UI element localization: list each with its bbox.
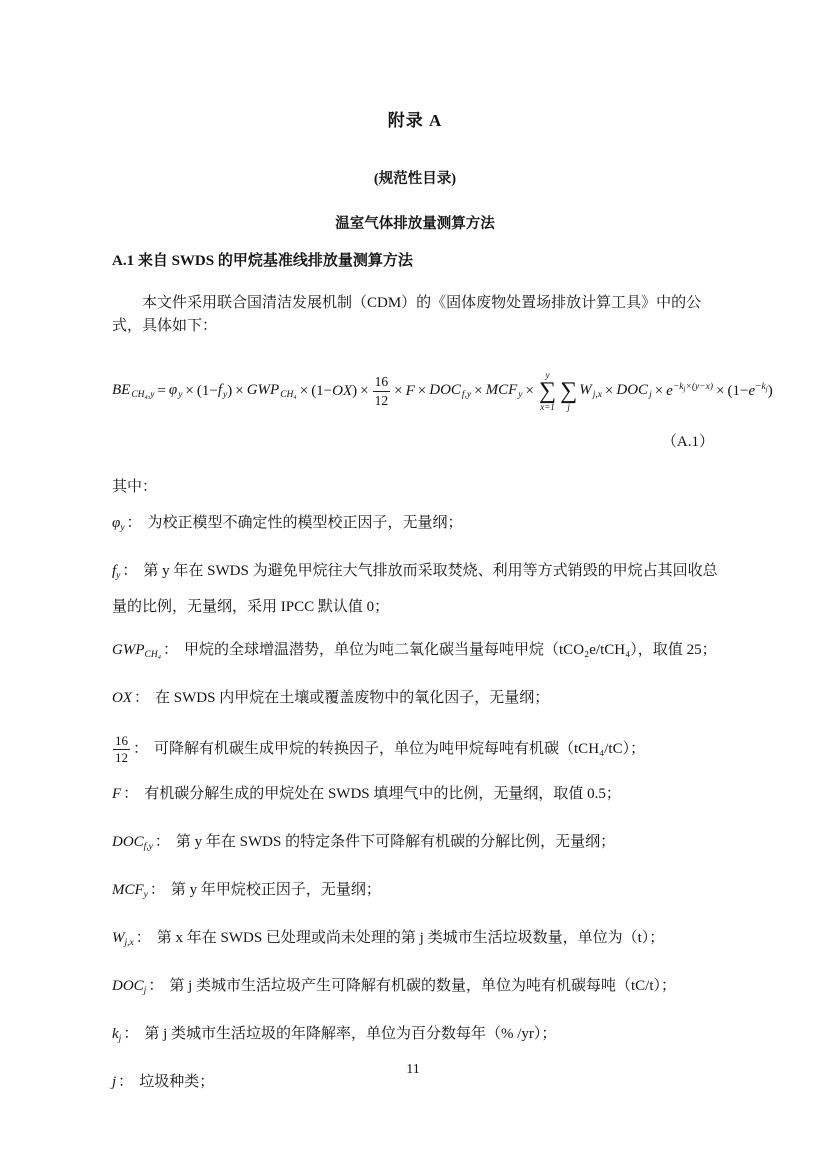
symbol-f-upper: F bbox=[112, 786, 121, 802]
definition-colon: ： bbox=[148, 978, 163, 994]
fraction-denominator: 12 bbox=[115, 750, 128, 765]
var-doc-j-sub: j bbox=[649, 390, 652, 400]
section-heading: A.1 来自 SWDS 的甲烷基准线排放量测算方法 bbox=[112, 249, 718, 270]
var-ox: OX bbox=[332, 383, 352, 400]
symbol-phi-y: φy bbox=[112, 515, 125, 531]
operator-times: × bbox=[394, 383, 402, 400]
symbol-main: F bbox=[112, 786, 121, 802]
definition-text: 甲烷的全球增温潜势，单位为吨二氧化碳当量每吨甲烷（tCO₂e/tCH₄），取值 … bbox=[184, 642, 717, 658]
symbol-doc-j: DOCj bbox=[112, 978, 146, 994]
var-doc-j: DOCj bbox=[616, 382, 651, 400]
equation-number: （A.1） bbox=[112, 430, 714, 451]
where-label: 其中： bbox=[112, 475, 718, 496]
symbol-sub: y bbox=[120, 523, 124, 533]
symbol-16-12: 1612 bbox=[112, 741, 131, 757]
fraction-denominator: 12 bbox=[375, 392, 389, 409]
var-w-main: W bbox=[579, 382, 592, 398]
exp-term-2-sup: −kj bbox=[755, 382, 768, 392]
definition-colon: ： bbox=[123, 786, 138, 802]
definition-text: 第 j 类城市生活垃圾的年降解率，单位为百分数每年（% /yr）； bbox=[144, 1026, 556, 1042]
summation-j-lower: j bbox=[567, 402, 570, 412]
var-be-sub: CH₄,y bbox=[131, 390, 154, 400]
definition-ox: OX：在 SWDS 内甲烷在土壤或覆盖废物中的氧化因子，无量纲； bbox=[112, 683, 718, 719]
page-number: 11 bbox=[0, 1062, 826, 1078]
symbol-w-jx: Wj,x bbox=[112, 930, 134, 946]
definition-text: 可降解有机碳生成甲烷的转换因子，单位为吨甲烷每吨有机碳（tCH₄/tC）； bbox=[154, 741, 645, 757]
operator-times: × bbox=[185, 383, 193, 400]
symbol-sub: CH₄ bbox=[145, 650, 162, 660]
var-f-main: f bbox=[218, 382, 222, 398]
operator-times: × bbox=[655, 383, 663, 400]
definition-k-j: kj：第 j 类城市生活垃圾的年降解率，单位为百分数每年（% /yr）； bbox=[112, 1019, 718, 1055]
symbol-ox: OX bbox=[112, 690, 132, 706]
open-one-minus: (1− bbox=[728, 383, 749, 400]
exp-term-1: e−kj×(y−x) bbox=[666, 382, 713, 400]
open-one-minus: (1− bbox=[197, 383, 218, 400]
symbol-f-y: fy bbox=[112, 563, 120, 579]
var-be-main: BE bbox=[112, 382, 130, 398]
var-phi: φy bbox=[169, 382, 183, 400]
definition-colon: ： bbox=[163, 642, 178, 658]
var-w: Wj,x bbox=[579, 382, 602, 400]
fraction-16-12: 1612 bbox=[113, 734, 130, 766]
var-f: fy bbox=[218, 382, 227, 400]
summation-j: ∑j bbox=[560, 370, 577, 412]
symbol-main: GWP bbox=[112, 642, 145, 658]
exp-coef: −k bbox=[673, 382, 684, 392]
symbol-sub: f,y bbox=[144, 842, 153, 852]
definition-text: 第 y 年甲烷校正因子，无量纲； bbox=[171, 882, 381, 898]
operator-times: × bbox=[235, 383, 243, 400]
fraction-numerator: 16 bbox=[113, 734, 130, 750]
symbol-main: OX bbox=[112, 690, 132, 706]
definition-text: 在 SWDS 内甲烷在土壤或覆盖废物中的氧化因子，无量纲； bbox=[155, 690, 549, 706]
definition-text: 为校正模型不确定性的模型校正因子，无量纲； bbox=[148, 515, 463, 531]
definition-colon: ： bbox=[155, 834, 170, 850]
definition-text: 第 j 类城市生活垃圾产生可降解有机碳的数量，单位为吨有机碳每吨（tC/t）； bbox=[169, 978, 676, 994]
symbol-sub: y bbox=[144, 890, 148, 900]
var-e-main: e bbox=[666, 383, 673, 399]
var-gwp-sub: CH₄ bbox=[280, 390, 297, 400]
symbol-sub: j bbox=[144, 986, 147, 996]
definition-colon: ： bbox=[122, 563, 137, 579]
var-gwp-main: GWP bbox=[247, 382, 280, 398]
definition-colon: ： bbox=[150, 882, 165, 898]
definition-f-y: fy：第 y 年在 SWDS 为避免甲烷往大气排放而采取焚烧、利用等方式销毁的甲… bbox=[112, 556, 718, 623]
page-content: 附录 A (规范性目录) 温室气体排放量测算方法 A.1 来自 SWDS 的甲烷… bbox=[0, 0, 826, 1103]
operator-times: × bbox=[526, 383, 534, 400]
definition-text: 第 y 年在 SWDS 为避免甲烷往大气排放而采取焚烧、利用等方式销毁的甲烷占其… bbox=[112, 563, 718, 615]
var-mcf: MCFy bbox=[486, 382, 523, 400]
definition-text: 有机碳分解生成的甲烷处在 SWDS 填埋气中的比例，无量纲，取值 0.5； bbox=[144, 786, 621, 802]
operator-equals: = bbox=[157, 383, 165, 400]
var-mcf-sub: y bbox=[518, 390, 522, 400]
close-paren: ) bbox=[352, 383, 357, 400]
var-gwp: GWPCH₄ bbox=[247, 382, 297, 400]
appendix-title: 附录 A bbox=[112, 106, 718, 131]
symbol-sub: j,x bbox=[125, 938, 134, 948]
symbol-main: W bbox=[112, 930, 125, 946]
close-paren: ) bbox=[227, 383, 232, 400]
definition-colon: ： bbox=[127, 515, 142, 531]
definition-doc-fy: DOCf,y：第 y 年在 SWDS 的特定条件下可降解有机碳的分解比例，无量纲… bbox=[112, 827, 718, 863]
var-mcf-main: MCF bbox=[486, 382, 518, 398]
var-doc-fy: DOCf,y bbox=[429, 382, 471, 400]
fraction-numerator: 16 bbox=[373, 374, 391, 392]
var-doc-fy-main: DOC bbox=[429, 382, 461, 398]
symbol-sub: y bbox=[116, 571, 120, 581]
symbol-main: k bbox=[112, 1026, 119, 1042]
exp-term-1-sup: −kj×(y−x) bbox=[673, 382, 713, 392]
definition-16-12: 1612：可降解有机碳生成甲烷的转换因子，单位为吨甲烷每吨有机碳（tCH₄/tC… bbox=[112, 731, 718, 767]
var-phi-sub: y bbox=[178, 390, 182, 400]
symbol-main: DOC bbox=[112, 834, 144, 850]
var-f-upper: F bbox=[406, 383, 415, 400]
definition-colon: ： bbox=[123, 1026, 138, 1042]
var-ox-main: OX bbox=[332, 383, 352, 399]
summation-x-lower: x=1 bbox=[540, 402, 555, 412]
exp-term-2: e−kj bbox=[748, 382, 767, 400]
intro-paragraph: 本文件采用联合国清洁发展机制（CDM）的《固体废物处置场排放计算工具》中的公式，… bbox=[112, 292, 718, 338]
operator-times: × bbox=[360, 383, 368, 400]
definition-text: 第 x 年在 SWDS 已处理或尚未处理的第 j 类城市生活垃圾数量，单位为（t… bbox=[157, 930, 665, 946]
definition-text: 第 y 年在 SWDS 的特定条件下可降解有机碳的分解比例，无量纲； bbox=[176, 834, 615, 850]
var-doc-j-main: DOC bbox=[616, 382, 648, 398]
document-title: 温室气体排放量测算方法 bbox=[112, 212, 718, 233]
operator-times: × bbox=[605, 383, 613, 400]
var-be: BECH₄,y bbox=[112, 382, 154, 400]
fraction-16-12: 1612 bbox=[373, 374, 391, 408]
var-f-upper-main: F bbox=[406, 383, 415, 399]
definition-colon: ： bbox=[133, 741, 148, 757]
symbol-sub: j bbox=[119, 1034, 122, 1044]
definition-mcf-y: MCFy：第 y 年甲烷校正因子，无量纲； bbox=[112, 875, 718, 911]
definition-colon: ： bbox=[134, 690, 149, 706]
var-phi-main: φ bbox=[169, 382, 177, 398]
summation-x: y∑x=1 bbox=[539, 370, 556, 412]
document-page: 附录 A (规范性目录) 温室气体排放量测算方法 A.1 来自 SWDS 的甲烷… bbox=[0, 0, 826, 1169]
operator-times: × bbox=[474, 383, 482, 400]
operator-times: × bbox=[716, 383, 724, 400]
definition-w-jx: Wj,x：第 x 年在 SWDS 已处理或尚未处理的第 j 类城市生活垃圾数量，… bbox=[112, 923, 718, 959]
equation-a1: BECH₄,y = φy × (1− fy ) × GWPCH₄ × (1− O… bbox=[112, 362, 718, 420]
appendix-subtitle: (规范性目录) bbox=[112, 167, 718, 188]
open-one-minus: (1− bbox=[311, 383, 332, 400]
symbol-main: MCF bbox=[112, 882, 144, 898]
sigma-icon: ∑ bbox=[560, 380, 577, 402]
definition-f-upper: F：有机碳分解生成的甲烷处在 SWDS 填埋气中的比例，无量纲，取值 0.5； bbox=[112, 779, 718, 815]
var-w-sub: j,x bbox=[593, 390, 602, 400]
sigma-icon: ∑ bbox=[539, 380, 556, 402]
symbol-k-j: kj bbox=[112, 1026, 121, 1042]
exp-tail: ×(y−x) bbox=[685, 382, 713, 392]
operator-times: × bbox=[418, 383, 426, 400]
symbol-main: DOC bbox=[112, 978, 144, 994]
definition-doc-j: DOCj：第 j 类城市生活垃圾产生可降解有机碳的数量，单位为吨有机碳每吨（tC… bbox=[112, 971, 718, 1007]
close-paren: ) bbox=[768, 383, 773, 400]
definition-colon: ： bbox=[136, 930, 151, 946]
symbol-gwp-ch4: GWPCH₄ bbox=[112, 642, 161, 658]
exp-coef: −k bbox=[755, 382, 766, 392]
operator-times: × bbox=[300, 383, 308, 400]
var-doc-fy-sub: f,y bbox=[462, 390, 471, 400]
definition-phi-y: φy：为校正模型不确定性的模型校正因子，无量纲； bbox=[112, 508, 718, 544]
definition-gwp-ch4: GWPCH₄：甲烷的全球增温潜势，单位为吨二氧化碳当量每吨甲烷（tCO₂e/tC… bbox=[112, 635, 718, 671]
symbol-doc-fy: DOCf,y bbox=[112, 834, 153, 850]
symbol-mcf-y: MCFy bbox=[112, 882, 148, 898]
